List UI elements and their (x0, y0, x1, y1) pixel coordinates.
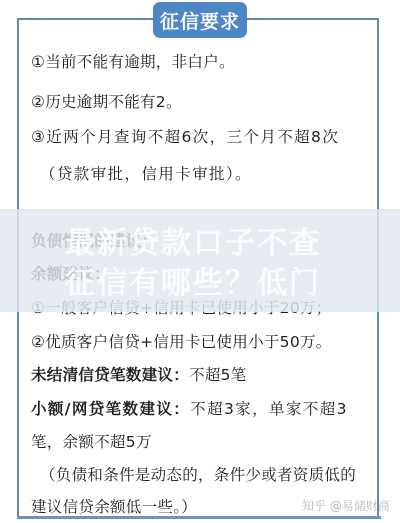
unsettled-line: 未结清信贷笔数建议：不超5笔 (31, 363, 247, 385)
title-badge: 征信要求 (153, 2, 247, 38)
requirement-1: ①当前不能有逾期，非白户。 (31, 50, 235, 72)
note-line-2: 建议信贷余额低一些。） (31, 495, 197, 517)
small-loan-cont: 笔，余额不超5万 (31, 430, 152, 452)
requirement-2: ②历史逾期不能有2。 (31, 90, 182, 112)
overlay-line-2: 征信有哪些？低门 (65, 264, 345, 304)
requirement-3-cont: （贷款审批，信用卡审批）。 (40, 162, 252, 184)
overlay-line-1: 最新贷款口子不查 (65, 224, 345, 264)
unsettled-value: 不超5笔 (189, 366, 247, 384)
small-loan-line: 小额/网贷笔数建议：不超3家，单家不超3 (31, 397, 348, 419)
zhihu-watermark: 知乎 @易储财商 (302, 497, 390, 514)
small-loan-label: 小额/网贷笔数建议： (31, 400, 190, 418)
note-line-1: （负债和条件是动态的，条件少或者资质低的 (40, 463, 356, 485)
overlay-text: 最新贷款口子不查 征信有哪些？低门 (65, 224, 345, 304)
small-loan-value: 不超3家，单家不超3 (190, 400, 348, 418)
unsettled-label: 未结清信贷笔数建议： (31, 366, 189, 384)
balance-item-2: ②优质客户信贷+信用卡已使用小于50万。 (31, 330, 332, 352)
requirement-3: ③近两个月查询不超6次，三个月不超8次 (31, 125, 339, 147)
